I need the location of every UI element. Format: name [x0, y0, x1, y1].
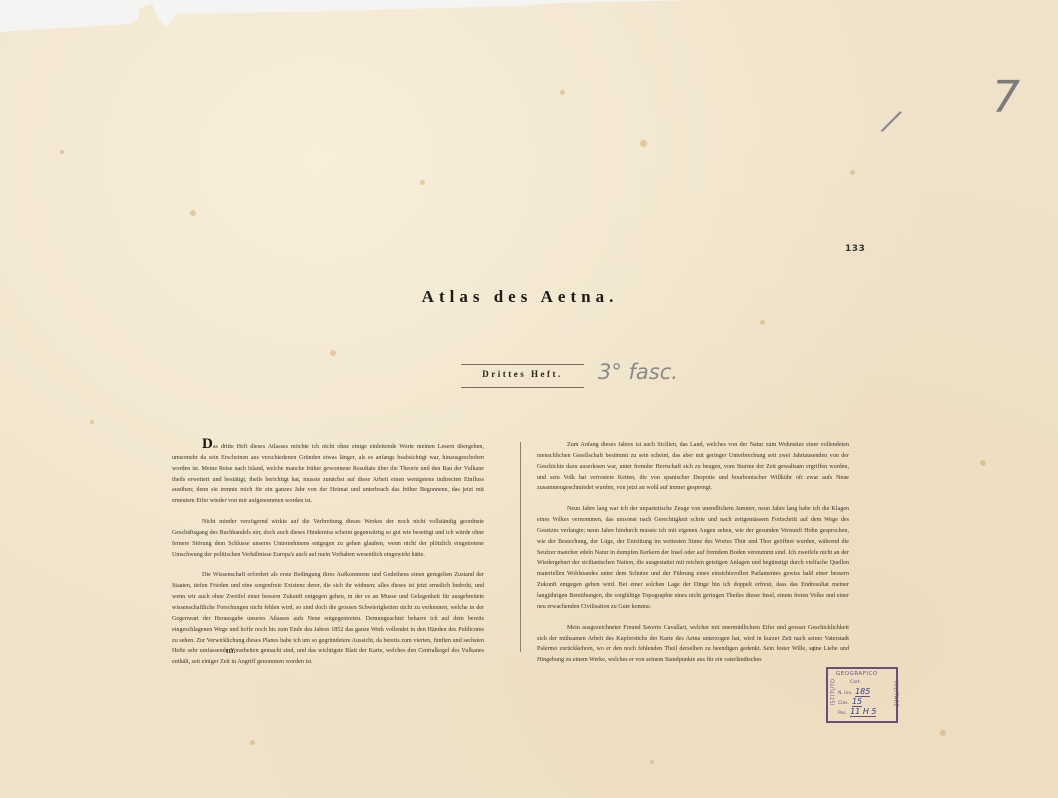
page-subtitle: Drittes Heft. [461, 369, 584, 379]
subtitle-rule-box: Drittes Heft. [461, 364, 584, 388]
paragraph: Die Wissenschaft erfordert als erste Bed… [172, 570, 484, 668]
foxing-speck [850, 170, 855, 175]
foxing-speck [60, 150, 64, 154]
stamp-row-clas: Clas.15 [838, 697, 862, 706]
stamp-row-cart: Cart. [850, 680, 861, 685]
foxing-speck [650, 760, 654, 764]
paper-sheet: 7 / 133 Atlas des Aetna. Drittes Heft. 3… [0, 0, 1058, 798]
paragraph: Zum Anfang dieses Jahres ist auch Sicili… [537, 440, 849, 494]
paragraph: Das dritte Heft dieses Atlasses möchte i… [172, 440, 484, 507]
left-text-column: Das dritte Heft dieses Atlasses möchte i… [172, 440, 484, 678]
page-number-mark: 133 [845, 244, 865, 254]
foxing-speck [560, 90, 565, 95]
foxing-speck [640, 140, 647, 147]
library-stamp: GEOGRAFICO ISTITUTO MILITARE Cart. N. in… [826, 667, 898, 723]
column-divider [520, 442, 521, 652]
page-marker-arabic: 1 [812, 646, 815, 653]
foxing-speck [330, 350, 336, 356]
foxing-speck [90, 420, 94, 424]
page-title: Atlas des Aetna. [0, 287, 1040, 307]
drop-cap: D [202, 436, 213, 452]
pencil-slash-mark: / [881, 103, 901, 139]
stamp-row-pos: Pos.11 H 5 [838, 707, 876, 716]
foxing-speck [980, 460, 986, 466]
stamp-right-text: MILITARE [892, 681, 898, 708]
stamp-header: GEOGRAFICO [836, 671, 878, 677]
foxing-speck [420, 180, 425, 185]
paragraph: Mein ausgezeichneter Freund Saverio Cava… [537, 623, 849, 666]
right-text-column: Zum Anfang dieses Jahres ist auch Sicili… [537, 440, 849, 676]
pencil-fascicle-note: 3° fasc. [598, 360, 678, 384]
stamp-left-text: ISTITUTO [830, 679, 836, 706]
foxing-speck [940, 730, 946, 736]
paragraph: Neun Jahre lang war ich der unparteiisch… [537, 504, 849, 612]
pencil-corner-mark: 7 [992, 72, 1020, 123]
foxing-speck [760, 320, 765, 325]
page-marker-roman: III. [226, 648, 235, 655]
foxing-speck [250, 740, 255, 745]
foxing-speck [190, 210, 196, 216]
paragraph: Nicht minder verzögernd wirkte auf die V… [172, 517, 484, 560]
stamp-row-inv: N. inv.185 [838, 687, 870, 696]
